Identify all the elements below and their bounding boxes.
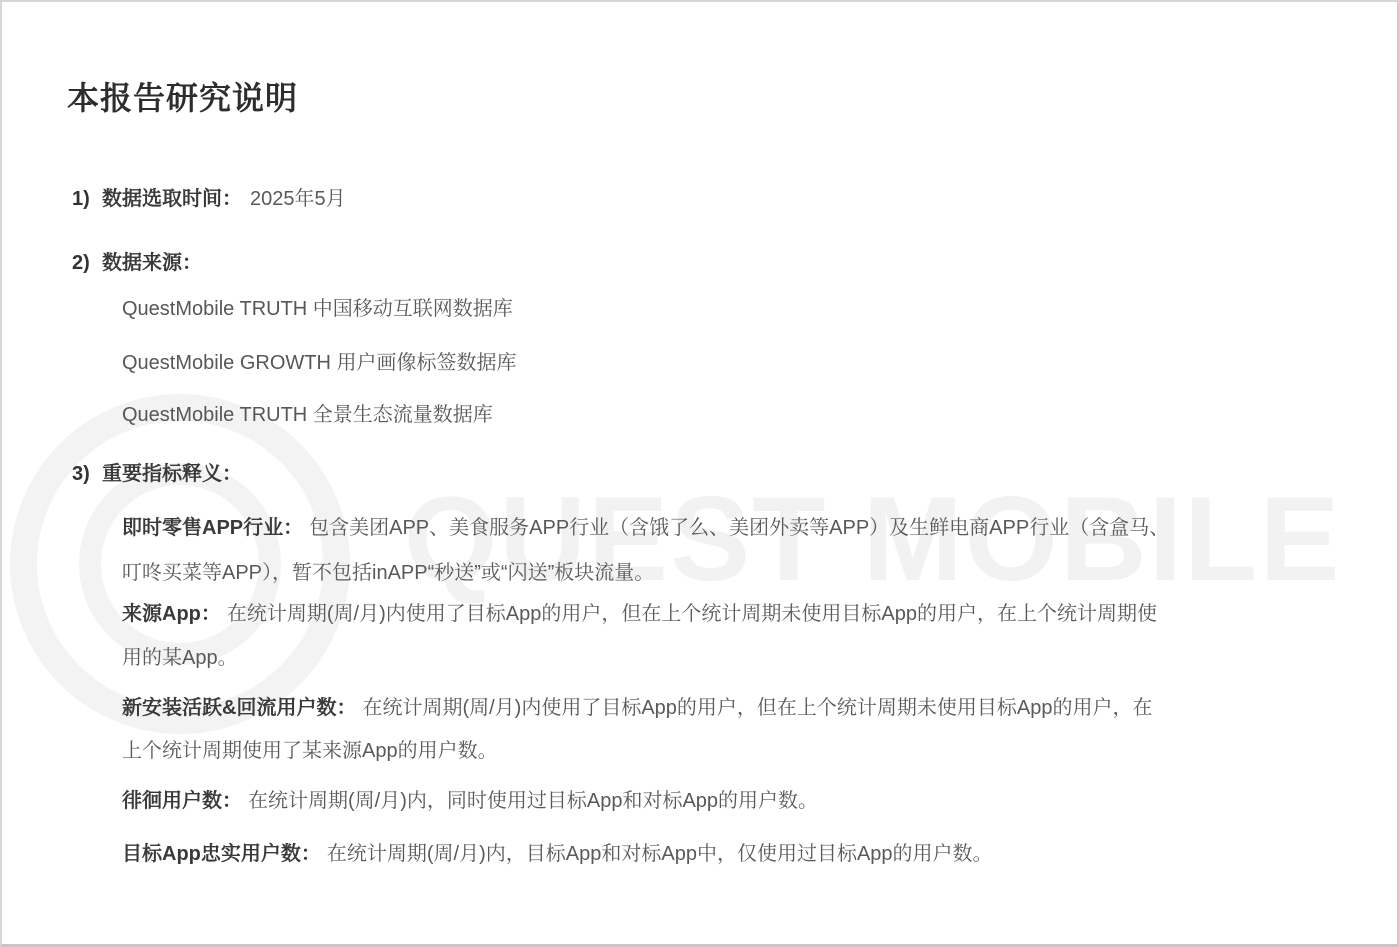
definition-line: 目标App忠实用户数：在统计周期(周/月)内，目标App和对标App中，仅使用过… <box>122 839 993 869</box>
item-number: 2) <box>72 248 102 278</box>
definition-line: 即时零售APP行业：包含美团APP、美食服务APP行业（含饿了么、美团外卖等AP… <box>122 513 1169 543</box>
definition-text: 在统计周期(周/月)内，目标App和对标App中，仅使用过目标App的用户数。 <box>327 843 993 865</box>
definition-line: 来源App：在统计周期(周/月)内使用了目标App的用户，但在上个统计周期未使用… <box>122 599 1157 629</box>
definition-term: 即时零售APP行业： <box>122 517 303 539</box>
definition-line: 用的某App。 <box>122 643 238 673</box>
definition-text: 叮咚买菜等APP），暂不包括inAPP“秒送”或“闪送”板块流量。 <box>122 562 654 584</box>
definition-text: 在统计周期(周/月)内，同时使用过目标App和对标App的用户数。 <box>248 790 818 812</box>
definition-text: 包含美团APP、美食服务APP行业（含饿了么、美团外卖等APP）及生鲜电商APP… <box>309 517 1169 539</box>
definition-term: 目标App忠实用户数： <box>122 843 321 865</box>
item-label: 重要指标释义： <box>102 459 242 489</box>
definition-text: 在统计周期(周/月)内使用了目标App的用户，但在上个统计周期未使用目标App的… <box>227 603 1157 625</box>
page-title: 本报告研究说明 <box>67 77 298 119</box>
data-source-item: QuestMobile GROWTH 用户画像标签数据库 <box>122 348 516 378</box>
definition-line: 上个统计周期使用了某来源App的用户数。 <box>122 736 498 766</box>
item-number: 3) <box>72 459 102 489</box>
definition-line: 叮咚买菜等APP），暂不包括inAPP“秒送”或“闪送”板块流量。 <box>122 558 654 588</box>
definition-line: 新安装活跃&回流用户数：在统计周期(周/月)内使用了目标App的用户，但在上个统… <box>122 693 1153 723</box>
item-label: 数据选取时间： <box>102 184 242 214</box>
item-number: 1) <box>72 184 102 214</box>
data-source-item: QuestMobile TRUTH 中国移动互联网数据库 <box>122 294 513 324</box>
report-content: 本报告研究说明 1) 数据选取时间： 2025年5月 2) 数据来源： Ques… <box>2 2 1397 944</box>
definition-line: 徘徊用户数：在统计周期(周/月)内，同时使用过目标App和对标App的用户数。 <box>122 786 818 816</box>
item-label: 数据来源： <box>102 248 202 278</box>
list-item-data-period: 1) 数据选取时间： 2025年5月 <box>72 184 346 214</box>
definition-term: 徘徊用户数： <box>122 790 242 812</box>
report-page: QUEST MOBILE 本报告研究说明 1) 数据选取时间： 2025年5月 … <box>0 0 1399 947</box>
list-item-data-sources: 2) 数据来源： <box>72 248 202 278</box>
definition-term: 新安装活跃&回流用户数： <box>122 697 356 719</box>
definition-text: 上个统计周期使用了某来源App的用户数。 <box>122 740 498 762</box>
definition-text: 在统计周期(周/月)内使用了目标App的用户，但在上个统计周期未使用目标App的… <box>362 697 1152 719</box>
data-source-item: QuestMobile TRUTH 全景生态流量数据库 <box>122 400 493 430</box>
item-value: 2025年5月 <box>250 184 346 214</box>
list-item-metric-definitions: 3) 重要指标释义： <box>72 459 242 489</box>
definition-text: 用的某App。 <box>122 647 238 669</box>
definition-term: 来源App： <box>122 603 221 625</box>
